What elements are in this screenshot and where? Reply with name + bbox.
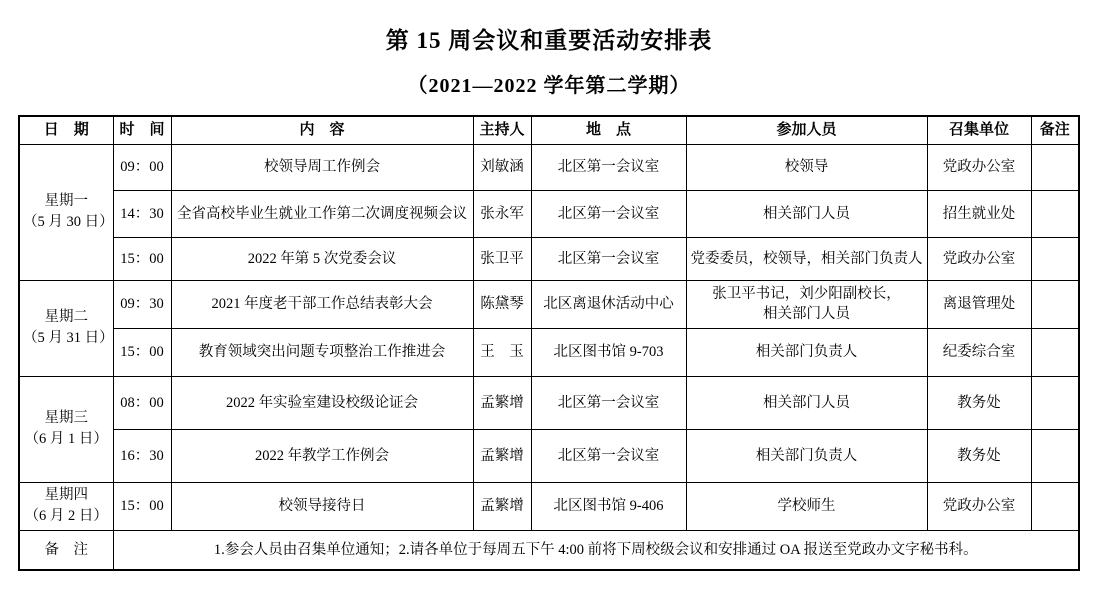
header-content: 内 容 <box>171 116 473 144</box>
header-time: 时 间 <box>113 116 171 144</box>
table-row: 星期四 （6 月 2 日） 15：00 校领导接待日 孟繁增 北区图书馆 9-4… <box>19 482 1079 530</box>
date-date: （6 月 2 日） <box>23 506 110 527</box>
cell-organizer: 党政办公室 <box>927 237 1031 280</box>
header-place: 地 点 <box>531 116 686 144</box>
cell-organizer: 纪委综合室 <box>927 328 1031 376</box>
cell-host: 孟繁增 <box>473 482 531 530</box>
cell-content: 2021 年度老干部工作总结表彰大会 <box>171 280 473 328</box>
cell-host: 陈黛琴 <box>473 280 531 328</box>
cell-host: 张卫平 <box>473 237 531 280</box>
cell-host: 孟繁增 <box>473 376 531 429</box>
date-cell-thursday: 星期四 （6 月 2 日） <box>19 482 113 530</box>
cell-content: 2022 年第 5 次党委会议 <box>171 237 473 280</box>
cell-organizer: 教务处 <box>927 429 1031 482</box>
header-host: 主持人 <box>473 116 531 144</box>
cell-note <box>1031 144 1079 190</box>
page-subtitle: （2021—2022 学年第二学期） <box>0 73 1098 100</box>
cell-place: 北区图书馆 9-703 <box>531 328 686 376</box>
table-row: 星期二 （5 月 31 日） 09：30 2021 年度老干部工作总结表彰大会 … <box>19 280 1079 328</box>
date-weekday: 星期一 <box>23 191 110 212</box>
cell-note <box>1031 376 1079 429</box>
cell-organizer: 党政办公室 <box>927 144 1031 190</box>
header-row: 日 期 时 间 内 容 主持人 地 点 参加人员 召集单位 备注 <box>19 116 1079 144</box>
cell-content: 2022 年实验室建设校级论证会 <box>171 376 473 429</box>
cell-note <box>1031 190 1079 237</box>
page-title: 第 15 周会议和重要活动安排表 <box>0 26 1098 56</box>
remarks-text: 1.参会人员由召集单位通知；2.请各单位于每周五下午 4:00 前将下周校级会议… <box>113 530 1079 570</box>
header-date: 日 期 <box>19 116 113 144</box>
cell-participants: 相关部门负责人 <box>686 328 927 376</box>
date-cell-monday: 星期一 （5 月 30 日） <box>19 144 113 280</box>
table-row: 15：00 2022 年第 5 次党委会议 张卫平 北区第一会议室 党委委员，校… <box>19 237 1079 280</box>
cell-content: 教育领域突出问题专项整治工作推进会 <box>171 328 473 376</box>
cell-host: 刘敏涵 <box>473 144 531 190</box>
table-row: 星期三 （6 月 1 日） 08：00 2022 年实验室建设校级论证会 孟繁增… <box>19 376 1079 429</box>
date-date: （5 月 30 日） <box>23 212 110 233</box>
cell-place: 北区离退休活动中心 <box>531 280 686 328</box>
cell-note <box>1031 482 1079 530</box>
cell-participants: 校领导 <box>686 144 927 190</box>
cell-organizer: 招生就业处 <box>927 190 1031 237</box>
cell-time: 09：00 <box>113 144 171 190</box>
cell-note <box>1031 237 1079 280</box>
table-row: 星期一 （5 月 30 日） 09：00 校领导周工作例会 刘敏涵 北区第一会议… <box>19 144 1079 190</box>
date-cell-wednesday: 星期三 （6 月 1 日） <box>19 376 113 482</box>
cell-host: 孟繁增 <box>473 429 531 482</box>
cell-content: 2022 年教学工作例会 <box>171 429 473 482</box>
cell-place: 北区第一会议室 <box>531 237 686 280</box>
cell-organizer: 离退管理处 <box>927 280 1031 328</box>
cell-participants: 张卫平书记，刘少阳副校长， 相关部门人员 <box>686 280 927 328</box>
cell-time: 16：30 <box>113 429 171 482</box>
cell-time: 08：00 <box>113 376 171 429</box>
cell-participants: 党委委员，校领导，相关部门负责人 <box>686 237 927 280</box>
cell-content: 全省高校毕业生就业工作第二次调度视频会议 <box>171 190 473 237</box>
header-participants: 参加人员 <box>686 116 927 144</box>
date-date: （5 月 31 日） <box>23 328 110 349</box>
cell-place: 北区第一会议室 <box>531 144 686 190</box>
cell-time: 15：00 <box>113 237 171 280</box>
cell-participants: 学校师生 <box>686 482 927 530</box>
cell-content: 校领导接待日 <box>171 482 473 530</box>
remarks-row: 备 注 1.参会人员由召集单位通知；2.请各单位于每周五下午 4:00 前将下周… <box>19 530 1079 570</box>
cell-note <box>1031 280 1079 328</box>
cell-participants: 相关部门负责人 <box>686 429 927 482</box>
cell-place: 北区第一会议室 <box>531 429 686 482</box>
date-date: （6 月 1 日） <box>23 429 110 450</box>
cell-host: 王 玉 <box>473 328 531 376</box>
header-note: 备注 <box>1031 116 1079 144</box>
cell-participants: 相关部门人员 <box>686 190 927 237</box>
table-row: 16：30 2022 年教学工作例会 孟繁增 北区第一会议室 相关部门负责人 教… <box>19 429 1079 482</box>
cell-time: 15：00 <box>113 328 171 376</box>
date-weekday: 星期二 <box>23 307 110 328</box>
remarks-label: 备 注 <box>19 530 113 570</box>
cell-organizer: 教务处 <box>927 376 1031 429</box>
table-row: 15：00 教育领域突出问题专项整治工作推进会 王 玉 北区图书馆 9-703 … <box>19 328 1079 376</box>
cell-time: 09：30 <box>113 280 171 328</box>
cell-host: 张永军 <box>473 190 531 237</box>
header-organizer: 召集单位 <box>927 116 1031 144</box>
cell-time: 15：00 <box>113 482 171 530</box>
cell-place: 北区图书馆 9-406 <box>531 482 686 530</box>
cell-participants: 相关部门人员 <box>686 376 927 429</box>
cell-note <box>1031 429 1079 482</box>
date-weekday: 星期四 <box>23 485 110 506</box>
date-cell-tuesday: 星期二 （5 月 31 日） <box>19 280 113 376</box>
cell-place: 北区第一会议室 <box>531 190 686 237</box>
schedule-table: 日 期 时 间 内 容 主持人 地 点 参加人员 召集单位 备注 星期一 （5 … <box>18 115 1080 571</box>
table-row: 14：30 全省高校毕业生就业工作第二次调度视频会议 张永军 北区第一会议室 相… <box>19 190 1079 237</box>
cell-place: 北区第一会议室 <box>531 376 686 429</box>
cell-note <box>1031 328 1079 376</box>
cell-time: 14：30 <box>113 190 171 237</box>
date-weekday: 星期三 <box>23 408 110 429</box>
cell-organizer: 党政办公室 <box>927 482 1031 530</box>
cell-content: 校领导周工作例会 <box>171 144 473 190</box>
